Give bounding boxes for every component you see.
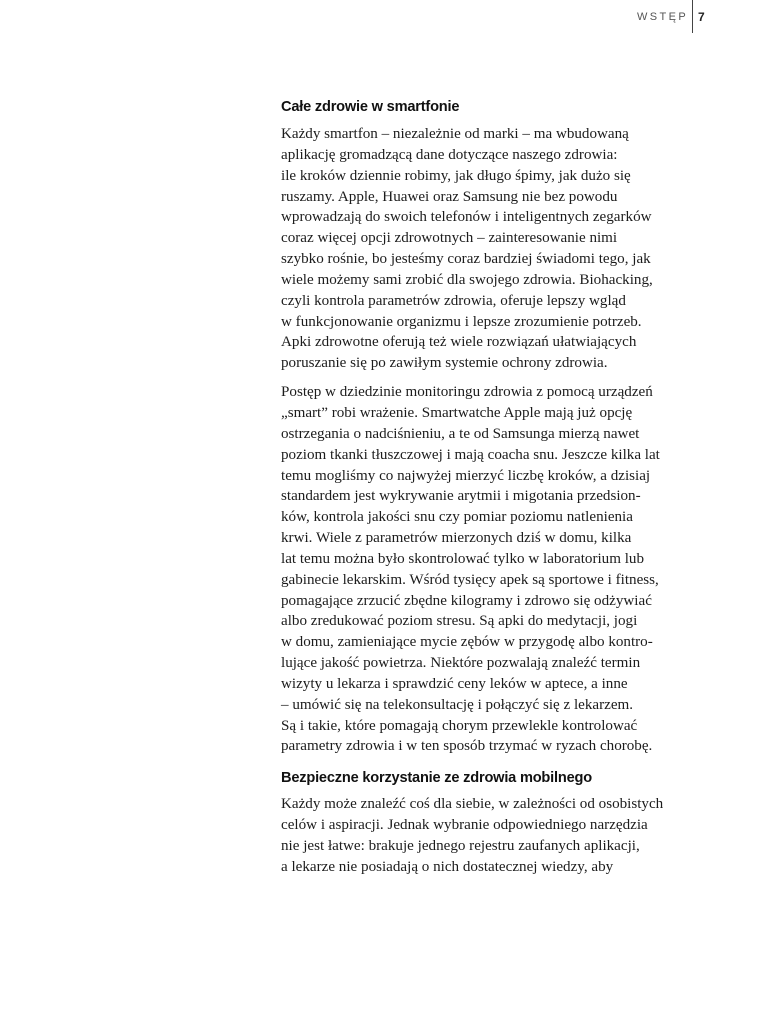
paragraph: Każdy smartfon – niezależnie od marki – … [281,124,701,374]
text-line: standardem jest wykrywanie arytmii i mig… [281,486,701,507]
text-line: ków, kontrola jakości snu czy pomiar poz… [281,507,701,528]
text-line: albo zredukować poziom stresu. Są apki d… [281,611,701,632]
running-head-section: WSTĘP [637,11,688,23]
text-line: krwi. Wiele z parametrów mierzonych dziś… [281,528,701,549]
text-line: ruszamy. Apple, Huawei oraz Samsung nie … [281,187,701,208]
paragraph: Postęp w dziedzinie monitoringu zdrowia … [281,382,701,757]
text-line: Apki zdrowotne oferują też wiele rozwiąz… [281,332,701,353]
text-line: szybko rośnie, bo jesteśmy coraz bardzie… [281,249,701,270]
text-line: wprowadzają do swoich telefonów i inteli… [281,207,701,228]
text-line: nie jest łatwe: brakuje jednego rejestru… [281,836,701,857]
text-line: pomagające zrzucić zbędne kilogramy i zd… [281,591,701,612]
text-line: a lekarze nie posiadają o nich dostatecz… [281,857,701,878]
running-head: WSTĘP 7 [0,0,768,40]
text-line: czyli kontrola parametrów zdrowia, oferu… [281,291,701,312]
paragraph: Każdy może znaleźć coś dla siebie, w zal… [281,794,701,877]
text-line: ile kroków dziennie robimy, jak długo śp… [281,166,701,187]
text-line: – umówić się na telekonsultację i połącz… [281,695,701,716]
text-line: w domu, zamieniające mycie zębów w przyg… [281,632,701,653]
text-line: lat temu można było skontrolować tylko w… [281,549,701,570]
text-line: poziom tkanki tłuszczowej i mają coacha … [281,445,701,466]
text-line: poruszanie się po zawiłym systemie ochro… [281,353,701,374]
text-line: wizyty u lekarza i sprawdzić ceny leków … [281,674,701,695]
section-heading: Bezpieczne korzystanie ze zdrowia mobiln… [281,767,701,789]
page-body: Całe zdrowie w smartfonie Każdy smartfon… [281,96,701,878]
running-head-divider [692,0,693,33]
text-line: gabinecie lekarskim. Wśród tysięcy apek … [281,570,701,591]
text-line: Są i takie, które pomagają chorym przewl… [281,716,701,737]
page-number: 7 [698,10,705,24]
text-line: Każdy może znaleźć coś dla siebie, w zal… [281,794,701,815]
text-line: parametry zdrowia i w ten sposób trzymać… [281,736,701,757]
text-line: Każdy smartfon – niezależnie od marki – … [281,124,701,145]
text-line: Postęp w dziedzinie monitoringu zdrowia … [281,382,701,403]
text-line: celów i aspiracji. Jednak wybranie odpow… [281,815,701,836]
text-line: wiele możemy sami zrobić dla swojego zdr… [281,270,701,291]
text-line: coraz więcej opcji zdrowotnych – zainter… [281,228,701,249]
section-heading: Całe zdrowie w smartfonie [281,96,701,118]
text-line: aplikację gromadzącą dane dotyczące nasz… [281,145,701,166]
text-line: temu mogliśmy co najwyżej mierzyć liczbę… [281,466,701,487]
text-line: ostrzegania o nadciśnieniu, a te od Sams… [281,424,701,445]
text-line: „smart” robi wrażenie. Smartwatche Apple… [281,403,701,424]
text-line: w funkcjonowanie organizmu i lepsze zroz… [281,312,701,333]
text-line: lujące jakość powietrza. Niektóre pozwal… [281,653,701,674]
